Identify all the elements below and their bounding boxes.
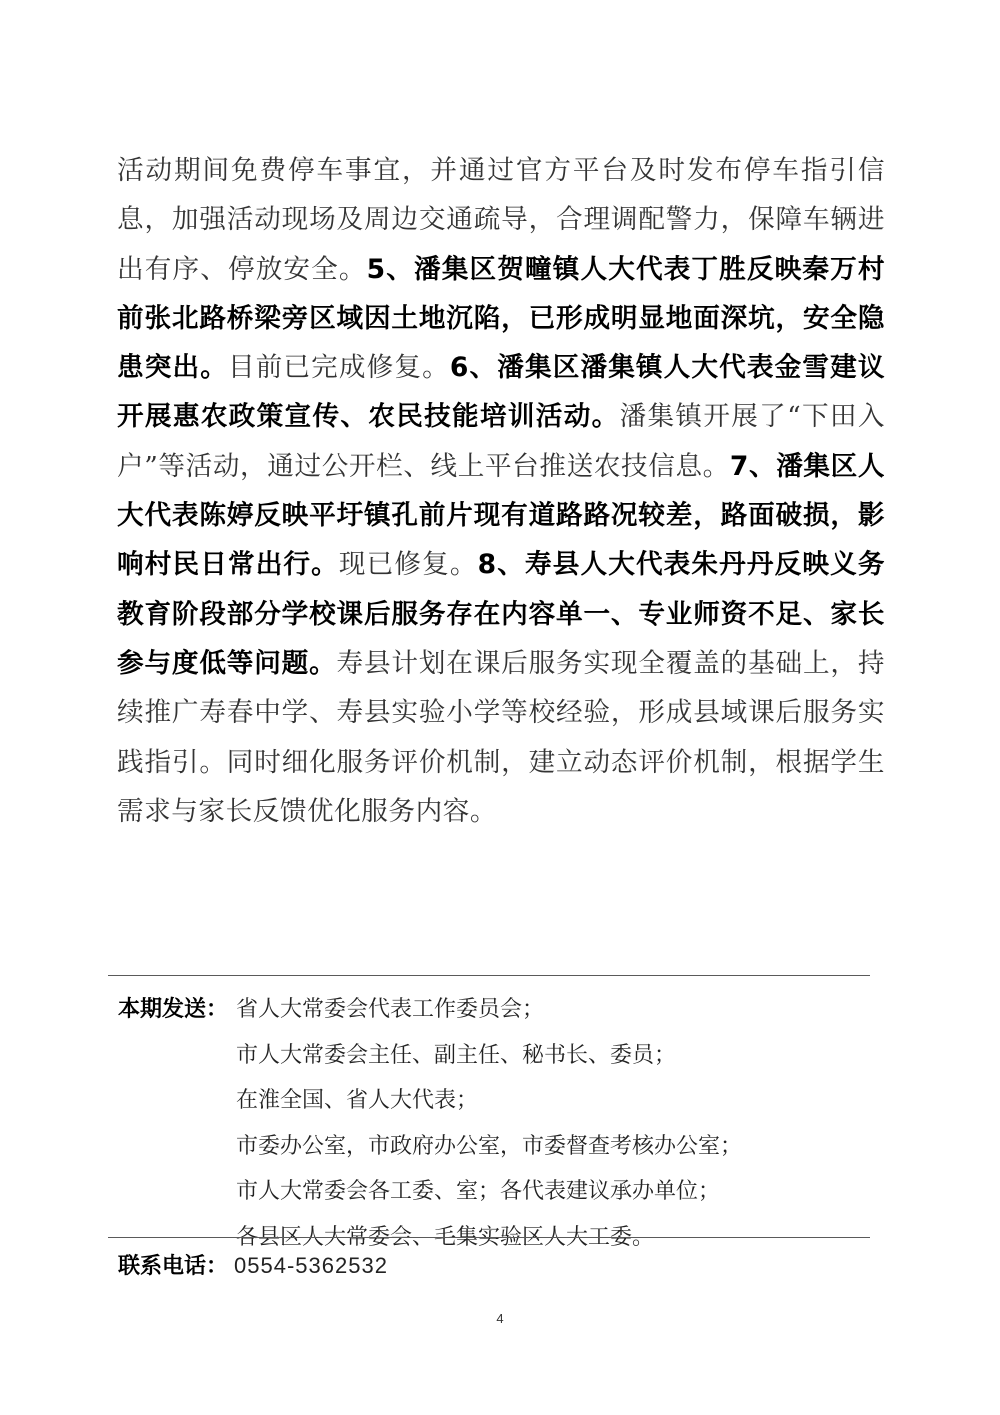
distribution-recipient: 在淮全国、省人大代表；	[236, 1078, 936, 1124]
divider-bottom	[108, 1237, 870, 1238]
distribution-recipient: 市人大常委会各工委、室；各代表建议承办单位；	[236, 1169, 936, 1215]
text-segment-normal: 目前已完成修复。	[228, 352, 450, 383]
text-segment-normal: 现已修复。	[339, 549, 478, 580]
document-page: 活动期间免费停车事宜，并通过官方平台及时发布停车指引信息，加强活动现场及周边交通…	[0, 0, 1000, 1415]
distribution-list: 省人大常委会代表工作委员会； 市人大常委会主任、副主任、秘书长、委员； 在淮全国…	[236, 987, 936, 1260]
distribution-recipient: 省人大常委会代表工作委员会；	[236, 987, 936, 1033]
divider-top	[108, 975, 870, 976]
page-number: 4	[0, 1311, 1000, 1326]
distribution-recipient: 市人大常委会主任、副主任、秘书长、委员；	[236, 1033, 936, 1079]
contact-phone: 0554-5362532	[234, 1253, 388, 1278]
distribution-label: 本期发送：	[118, 987, 228, 1033]
contact-line: 联系电话：0554-5362532	[118, 1246, 388, 1287]
distribution-recipient: 市委办公室，市政府办公室，市委督查考核办公室；	[236, 1124, 936, 1170]
body-paragraph: 活动期间免费停车事宜，并通过官方平台及时发布停车指引信息，加强活动现场及周边交通…	[117, 146, 885, 836]
contact-label: 联系电话：	[118, 1254, 228, 1279]
